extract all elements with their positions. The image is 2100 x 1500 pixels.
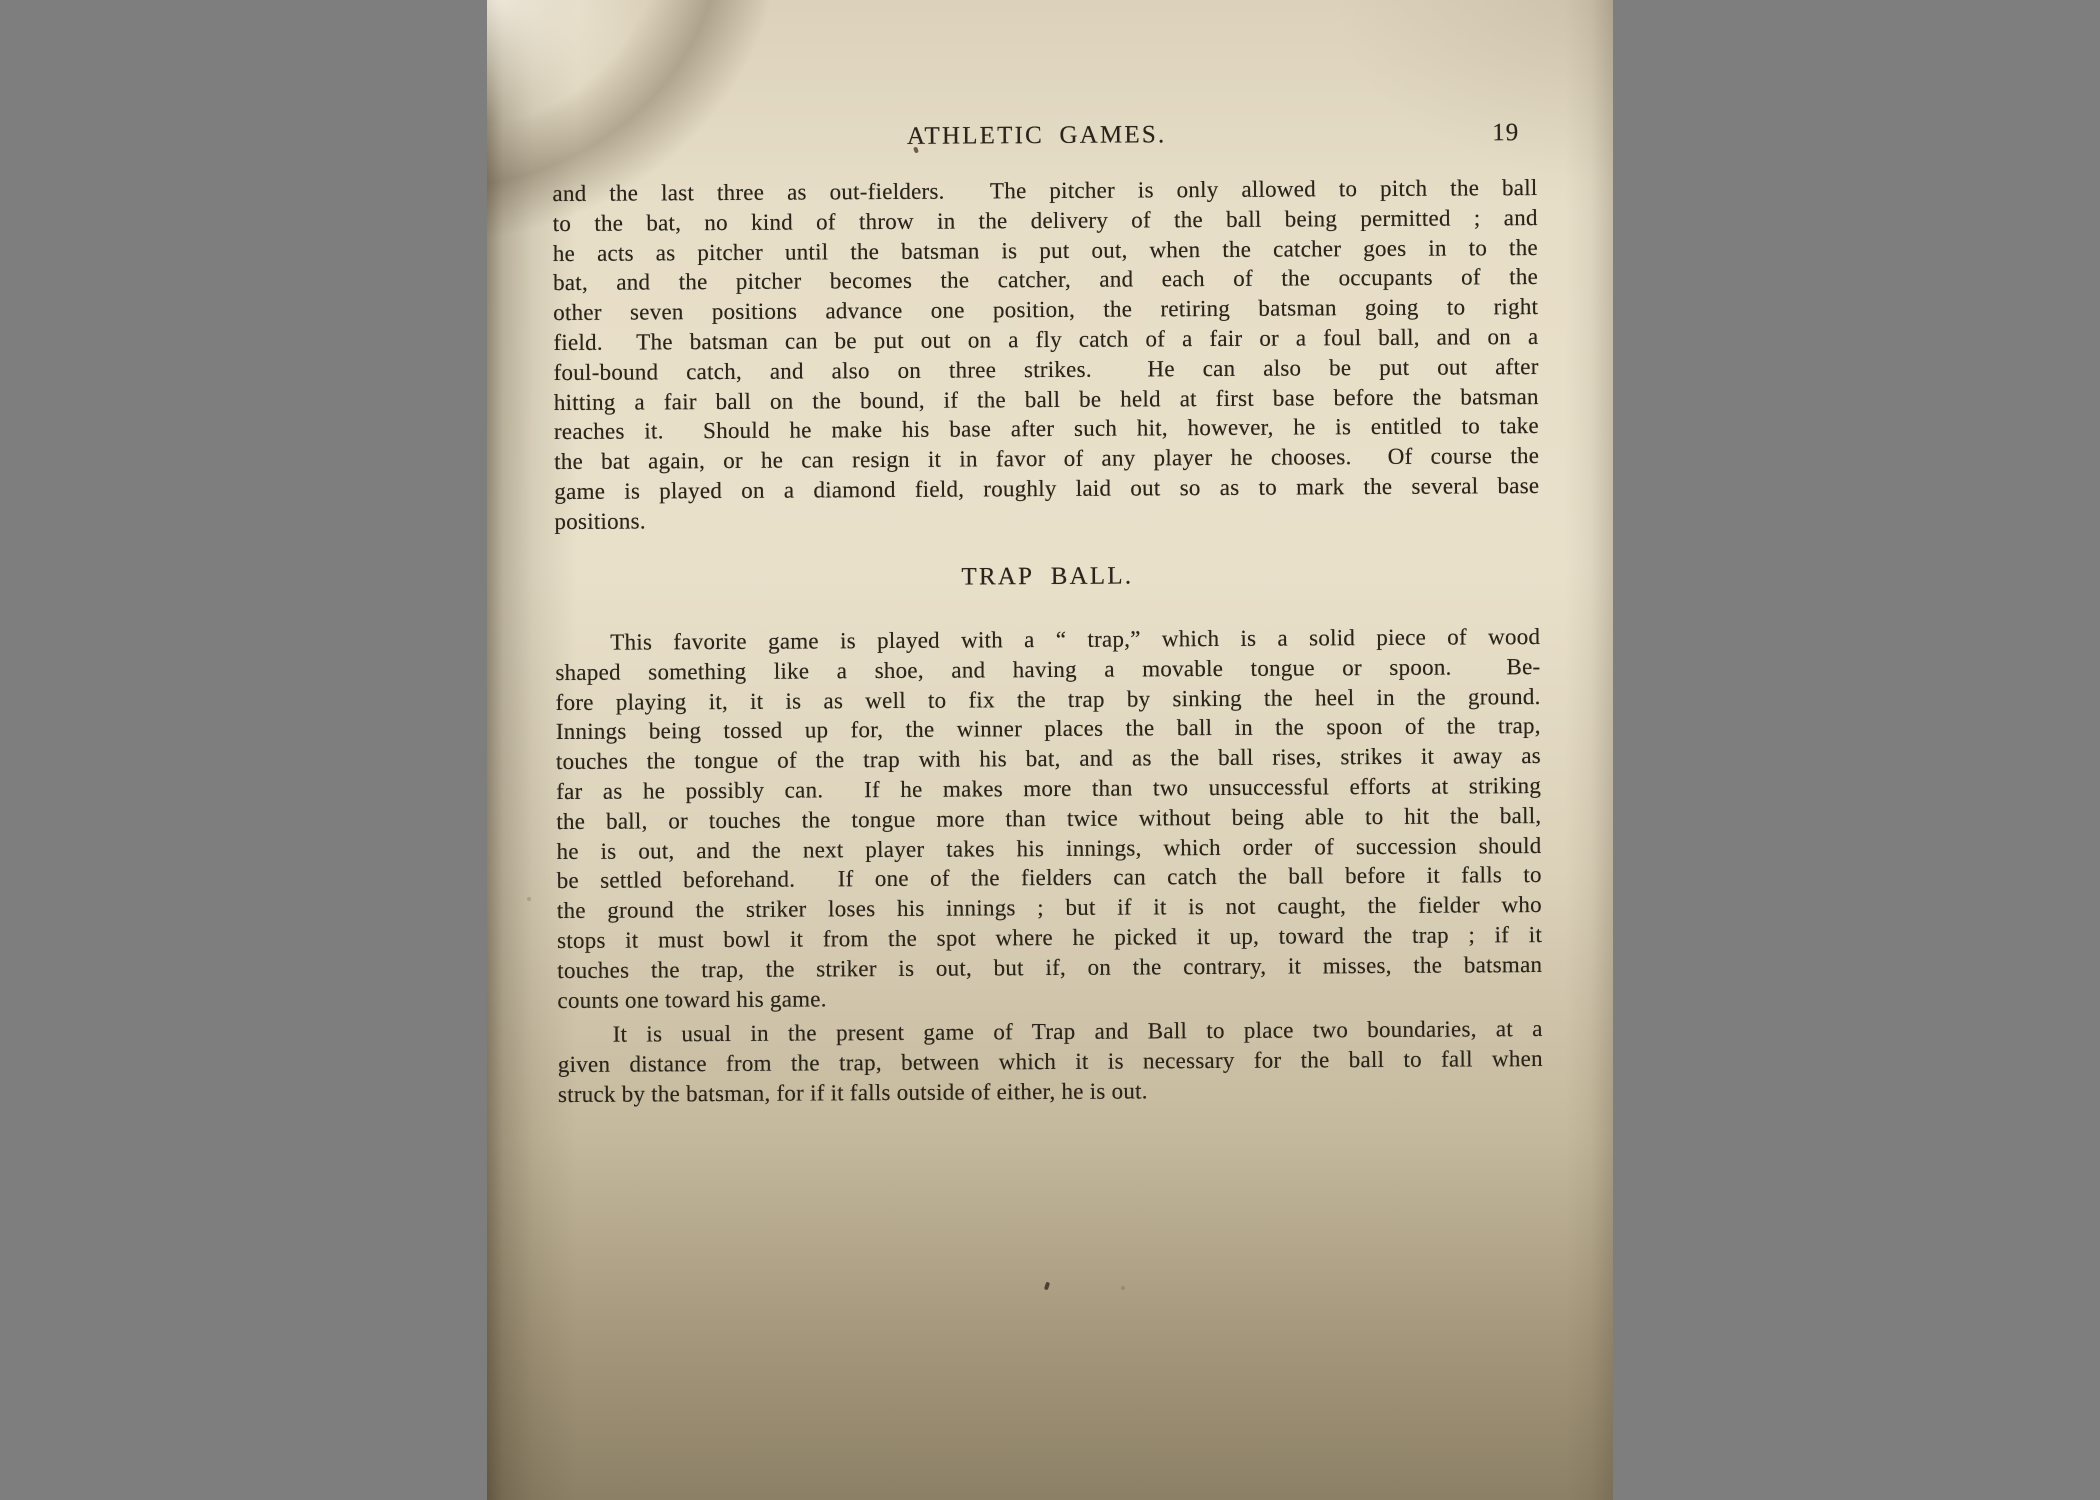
page-content: ATHLETIC GAMES. 19 and the last three as… [551,0,1545,1500]
screenshot-root: { "colors": { "backdrop": "#7e7e7e", "pa… [0,0,2100,1500]
paragraph-trap-ball: This favorite game is played with a “ tr… [555,622,1542,1015]
paragraph-continuation: and the last three as out-fielders. The … [552,173,1539,537]
paragraph-boundaries: It is usual in the present game of Trap … [558,1014,1544,1109]
paper-speck [1121,1286,1125,1290]
text-line: counts one toward his game. [557,980,1542,1016]
book-page-photo: ATHLETIC GAMES. 19 and the last three as… [487,0,1613,1500]
text-line: touches the trap, the striker is out, bu… [557,950,1542,986]
running-title: ATHLETIC GAMES. [552,118,1537,154]
text-line: struck by the batsman, for if it falls o… [558,1074,1543,1110]
section-heading-trap-ball: TRAP BALL. [555,559,1540,595]
page-header: ATHLETIC GAMES. 19 [552,118,1537,156]
text-line: game is played on a diamond field, rough… [554,471,1539,507]
text-line: positions. [554,501,1539,537]
page-number: 19 [1492,118,1519,148]
paper-speck [527,897,531,901]
text-line: given distance from the trap, between wh… [558,1044,1543,1080]
